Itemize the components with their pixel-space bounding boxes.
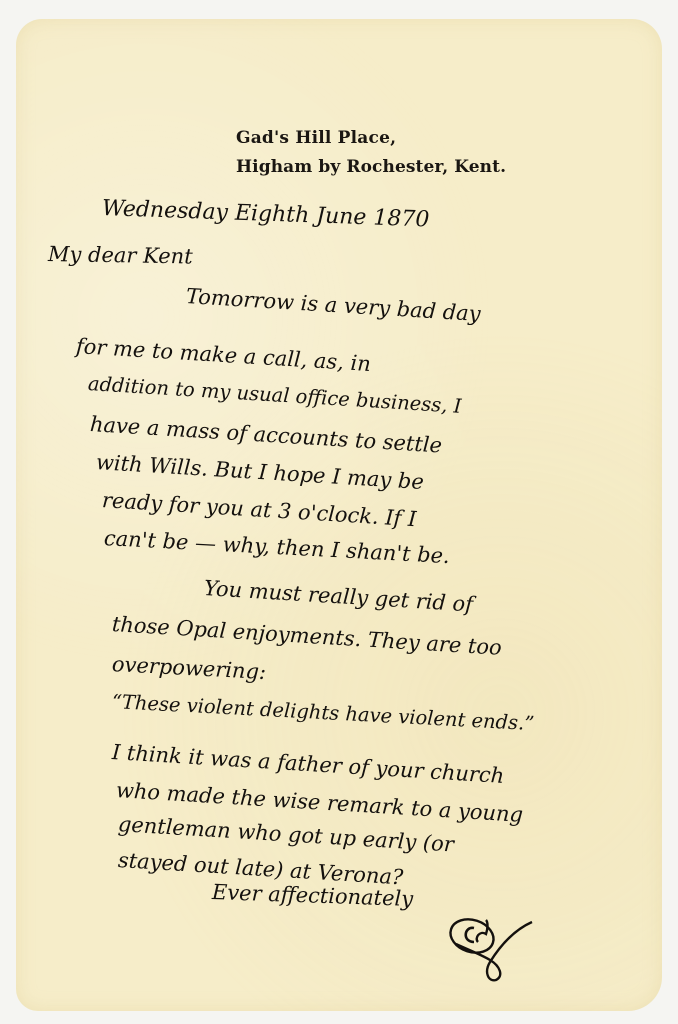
letterhead-line-1: Gad's Hill Place,: [236, 128, 396, 148]
signature-text: CD: [444, 902, 446, 903]
salutation: My dear Kent: [48, 242, 193, 269]
signature-cd-monogram: CD: [444, 902, 534, 992]
letterhead-line-2: Higham by Rochester, Kent.: [236, 157, 506, 177]
page: Gad's Hill Place, Higham by Rochester, K…: [0, 0, 678, 1024]
